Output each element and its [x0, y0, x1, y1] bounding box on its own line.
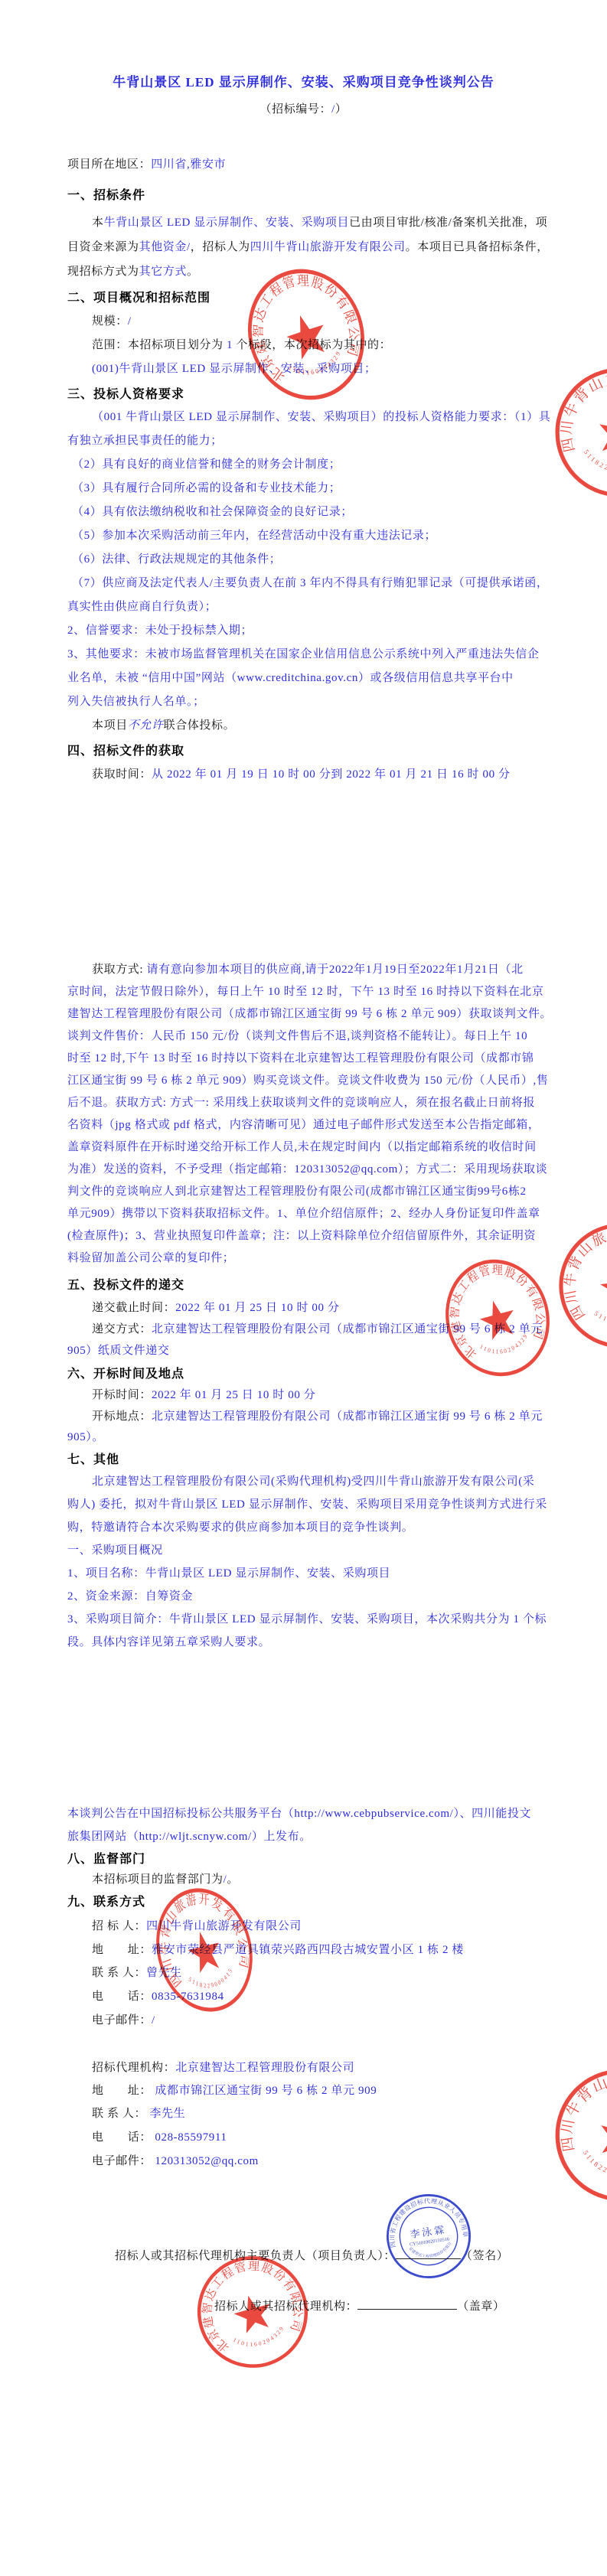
supervision-line: 本招标项目的监督部门为/。: [92, 1870, 239, 1886]
obtain-method-line1: 获取方式: 请有意向参加本项目的供应商,请于2022年1月19日至2022年1月…: [92, 960, 524, 977]
qualification-item6: （6）法律、行政法规规定的其他条件；: [72, 550, 281, 566]
tenderer-email-line: 电子邮件：/: [92, 2011, 155, 2027]
svg-text:5118229000415: 5118229000415: [579, 447, 607, 479]
agency-contact-line: 联 系 人： 李先生: [92, 2105, 185, 2121]
opening-time-line: 开标时间：2022 年 01 月 25 日 10 时 00 分: [92, 1386, 315, 1402]
page-title: 牛背山景区 LED 显示屏制作、安装、采购项目竞争性谈判公告: [0, 71, 607, 90]
tender-announcement-document: 牛背山景区 LED 显示屏制作、安装、采购项目竞争性谈判公告 （招标编号：/） …: [0, 0, 607, 2576]
opening-place-line1: 开标地点：北京建智达工程管理股份有限公司（成都市锦江区通宝街 99 号 6 栋 …: [92, 1407, 543, 1423]
signature-blank: [396, 2248, 461, 2259]
seal-company-text: 四川牛背山旅游开发有限公司: [556, 1221, 607, 1323]
practitioner-blue-seal: 四川省工程建设招标代理从业人员专用章 李泳霖 CY51010020110516 …: [380, 2187, 478, 2286]
obtain-method-line2: 京时间，法定节假日除外），每日上午 10 时至 12 时，下午 13 时至 16…: [67, 983, 544, 999]
project-region-line: 项目所在地区：四川省,雅安市: [67, 155, 226, 171]
tenderer-contact-line: 联 系 人：曾先生: [92, 1964, 182, 1980]
qualification-item7b: 真实性由供应商自行负责）；: [67, 598, 217, 614]
obtain-method-line10: 为准）发送的资料，不予受理（指定邮箱：120313052@qq.com）；方式二…: [67, 1160, 547, 1176]
seal-company-text: 北京建智达工程管理股份有限公司: [437, 1253, 553, 1365]
submission-method-line1: 递交方式：北京建智达工程管理股份有限公司（成都市锦江区通宝街 99 号 6 栋 …: [92, 1320, 543, 1336]
agency-red-seal: 北京建智达工程管理股份有限公司 1101160204329: [228, 250, 384, 418]
tenderer-phone-line: 电 话：0835-7631984: [92, 1987, 224, 2004]
qualification-item3: （3）具有履行合同所必需的设备和专业技术能力；: [72, 479, 341, 495]
tenderer-line: 招 标 人：四川牛背山旅游开发有限公司: [92, 1917, 302, 1933]
tender-number-suffix: ）: [335, 103, 348, 116]
blue-seal-ring-text: 四川省工程建设招标代理从业人员专用章: [383, 2192, 470, 2248]
obtain-method-line9: 盖章资料原件在开标时递交给开标工作人员,未在规定时间内（以指定邮箱系统的收信时间: [67, 1138, 537, 1154]
procurement-overview-heading: 一、采购项目概况: [67, 1541, 163, 1557]
section-2-heading: 二、项目概况和招标范围: [67, 288, 210, 305]
lot-line: (001)牛背山景区 LED 显示屏制作、安装、采购项目；: [92, 360, 377, 376]
agency-red-seal-2: 北京建智达工程管理股份有限公司 1101160204329: [430, 1245, 566, 1391]
tenderer-address-line: 地 址：雅安市荥经县严道具镇荥兴路西四段古城安置小区 1 栋 2 楼: [92, 1941, 464, 1957]
section-9-heading: 九、联系方式: [67, 1892, 145, 1909]
section-4-heading: 四、招标文件的获取: [67, 741, 184, 758]
other-requirement-line2: 业名单，未被 “信用中国”网站（www.creditchina.gov.cn）或…: [67, 669, 514, 685]
section-7-paragraph-line1: 北京建智达工程管理股份有限公司(采购代理机构)受四川牛背山旅游开发有限公司(采: [92, 1472, 534, 1489]
range-line: 范围：本招标项目划分为 1 个标段，本次招标为其中的：: [92, 336, 391, 352]
section-1-paragraph-line2: 目资金来源为其他资金/，招标人为四川牛背山旅游开发有限公司。本项目已具备招标条件…: [67, 238, 549, 254]
section-8-heading: 八、监督部门: [67, 1849, 145, 1867]
svg-text:四川牛背山旅游开发有限公司: 四川牛背山旅游开发有限公司: [552, 2058, 607, 2185]
publication-notice-line1: 本谈判公告在中国招标投标公共服务平台（http://www.cebpubserv…: [67, 1805, 531, 1821]
seal-number-text: 5118229000415: [579, 447, 607, 479]
tenderer-red-seal-edge-top: 四川牛背山旅游开发有限公司 5118229000415: [540, 353, 607, 513]
section-3-heading: 三、投标人资格要求: [67, 384, 184, 402]
svg-text:北京建智达工程管理股份有限公司: 北京建智达工程管理股份有限公司: [437, 1253, 553, 1365]
svg-text:5118229000415: 5118229000415: [578, 2147, 607, 2184]
procurement-item1: 1、项目名称：牛背山景区 LED 显示屏制作、安装、采购项目: [67, 1564, 390, 1580]
procurement-item2: 2、资金来源：自筹资金: [67, 1587, 193, 1603]
star-icon: [599, 1265, 607, 1309]
svg-text:5118229000415: 5118229000415: [592, 1303, 607, 1329]
obtain-method-line7: 后不退。获取方式: 方式一: 采用线上获取谈判文件的竞谈响应人，须在报名截止日前…: [67, 1094, 535, 1110]
procurement-item3b: 段。具体内容详见第五章采购人要求。: [67, 1633, 270, 1649]
section-1-paragraph-line1: 本牛背山景区 LED 显示屏制作、安装、采购项目已由项目审批/核准/备案机关批准…: [92, 214, 547, 230]
seal-number-text: 1101160204329: [230, 2323, 289, 2353]
tenderer-red-seal-edge-middle: 四川牛背山旅游开发有限公司 5118229000415: [550, 1215, 607, 1358]
obtain-method-line11: 判文件的竞谈响应人到北京建智达工程管理股份有限公司(成都市锦江区通宝街99号6栋…: [67, 1182, 527, 1198]
section-7-paragraph-line2: 购人) 委托，拟对牛背山景区 LED 显示屏制作、安装、采购项目采用竞争性谈判方…: [67, 1495, 547, 1511]
blue-seal-code: CY51010020110516: [410, 2236, 450, 2247]
qualification-line1b: 有独立承担民事责任的能力；: [67, 432, 223, 448]
obtain-method-line12: 单元909）携带以下资料获取招标文件。1、单位介绍信原件；2、经办人身份证复印件…: [67, 1205, 540, 1221]
svg-text:四川牛背山旅游开发有限公司: 四川牛背山旅游开发有限公司: [556, 1221, 607, 1323]
seal-number-text: 5118229000415: [592, 1303, 607, 1329]
svg-text:四川牛背山旅游开发有限公司: 四川牛背山旅游开发有限公司: [553, 360, 607, 478]
svg-text:四川省工程建设招标代理从业人员专用章: 四川省工程建设招标代理从业人员专用章: [383, 2192, 470, 2248]
blue-seal-person-name: 李泳霖: [409, 2223, 447, 2241]
obtain-method-line8: 名资料（jpg 格式或 pdf 格式，内容清晰可见）通过电子邮件形式发送至本公告…: [67, 1116, 540, 1132]
agency-phone-line: 电 话： 028-85597911: [92, 2128, 227, 2144]
seal-blank: [357, 2298, 457, 2310]
principal-signature-line: 招标人或其招标代理机构主要负责人（项目负责人）：（签名）: [115, 2247, 508, 2263]
star-icon: [594, 409, 607, 458]
credit-requirement-line: 2、信誉要求：未处于投标禁入期；: [67, 621, 253, 637]
obtain-method-line6: 江区通宝街 99 号 6 栋 2 单元 909）购买竞谈文件。竞谈文件收费为 1…: [67, 1071, 548, 1087]
procurement-item3: 3、采购项目简介：牛背山景区 LED 显示屏制作、安装、采购项目，本次采购共分为…: [67, 1610, 547, 1626]
qualification-line1: （001 牛背山景区 LED 显示屏制作、安装、采购项目）的投标人资格能力要求：…: [92, 408, 550, 424]
star-icon: [594, 2110, 607, 2163]
submission-deadline-line: 递交截止时间：2022 年 01 月 25 日 10 时 00 分: [92, 1299, 340, 1315]
seal-number-text: 5118229000415: [578, 2147, 607, 2184]
opening-place-line2: 905）。: [67, 1428, 104, 1444]
submission-method-line2: 905）纸质文件递交: [67, 1342, 170, 1358]
qualification-item7: （7）供应商及法定代表人/主要负责人在前 3 年内不得具有行贿犯罪记录（可提供承…: [72, 574, 548, 590]
region-label: 项目所在地区：: [67, 158, 151, 171]
section-7-paragraph-line3: 购，特邀请符合本次采购要求的供应商参加本项目的竞争性谈判。: [67, 1518, 413, 1534]
agency-line: 招标代理机构：北京建智达工程管理股份有限公司: [92, 2059, 354, 2075]
tender-number-prefix: （招标编号：: [260, 103, 332, 116]
tender-number-line: （招标编号：/）: [0, 100, 607, 116]
qualification-item4: （4）具有依法缴纳税收和社会保障资金的良好记录；: [72, 503, 353, 519]
seal-company-text: 四川牛背山旅游开发有限公司: [552, 2058, 607, 2185]
obtain-method-line3: 建智达工程管理股份有限公司（成都市锦江区通宝街 99 号 6 栋 2 单元 90…: [67, 1005, 552, 1021]
section-6-heading: 六、开标时间及地点: [67, 1364, 184, 1381]
scale-line: 规模：/: [92, 312, 132, 328]
agency-email-line: 电子邮件： 120313052@qq.com: [92, 2152, 259, 2168]
region-value: 四川省,雅安市: [151, 158, 226, 171]
section-5-heading: 五、投标文件的递交: [67, 1275, 184, 1293]
agency-address-line: 地 址： 成都市锦江区通宝街 99 号 6 栋 2 单元 909: [92, 2082, 377, 2098]
tenderer-red-seal-edge-bottom: 四川牛背山旅游开发有限公司 5118229000415: [537, 2050, 607, 2221]
section-1-heading: 一、招标条件: [67, 185, 145, 203]
other-requirement-line1: 3、其他要求：未被市场监督管理机关在国家企业信用信息公示系统中列入严重违法失信企: [67, 645, 540, 661]
obtain-time-line: 获取时间：从 2022 年 01 月 19 日 10 时 00 分到 2022 …: [92, 765, 511, 781]
qualification-item5: （5）参加本次采购活动前三年内，在经营活动中没有重大违法记录；: [72, 527, 436, 543]
section-1-paragraph-line3: 现招标方式为其它方式。: [67, 262, 199, 279]
obtain-method-line13: (检查原件)；3、营业执照复印件盖章；注：以上资料除单位介绍信留原件外，其余证明…: [67, 1227, 536, 1243]
section-7-heading: 七、其他: [67, 1449, 119, 1467]
joint-bid-line: 本项目不允许联合体投标。: [92, 716, 235, 732]
obtain-method-line4: 谈判文件售价：人民币 150 元/份（谈判文件售后不退,谈判资格不能转让）。每日…: [67, 1027, 527, 1043]
other-requirement-line3: 列入失信被执行人名单。；: [67, 693, 205, 709]
seal-company-text: 四川牛背山旅游开发有限公司: [553, 360, 607, 478]
qualification-item2: （2）具有良好的商业信誉和健全的财务会计制度；: [72, 455, 341, 471]
org-seal-line: 招标人或其招标代理机构：（盖章）: [214, 2297, 505, 2314]
svg-text:1101160204329: 1101160204329: [230, 2323, 289, 2353]
obtain-method-line5: 时至 12 时,下午 13 时至 16 时持以下资料在北京建智达工程管理股份有限…: [67, 1049, 534, 1065]
publication-notice-line2: 旅集团网站（http://wljt.scnyw.com/）上发布。: [67, 1828, 312, 1844]
obtain-method-line14: 料验留加盖公司公章的复印件；: [67, 1249, 234, 1265]
